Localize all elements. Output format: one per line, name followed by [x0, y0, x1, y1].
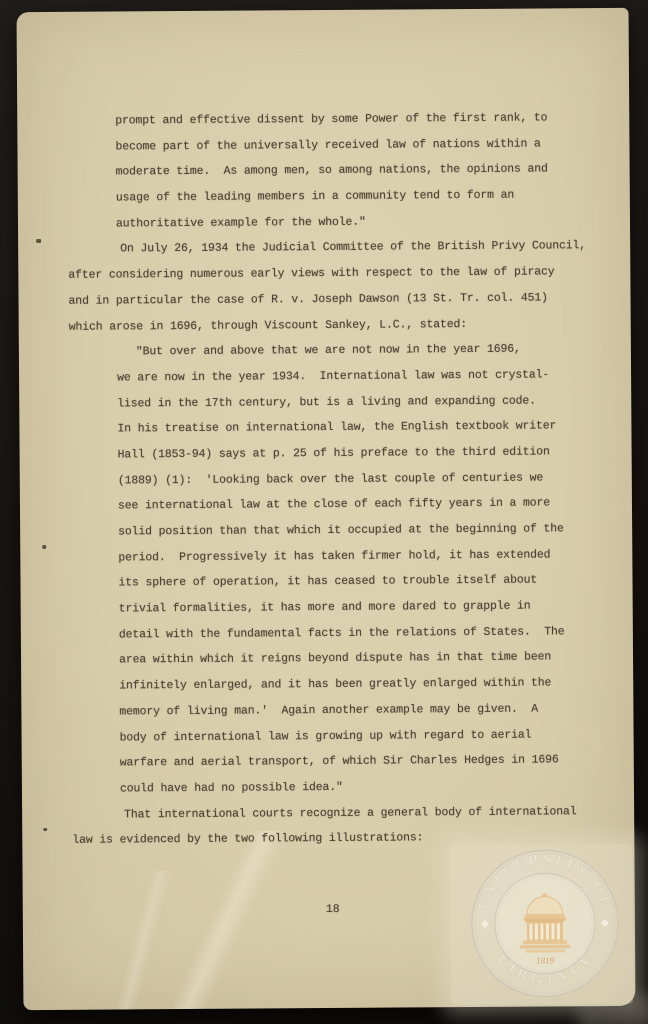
- text-line: law is evidenced by the two following il…: [22, 824, 634, 854]
- text-line: That international courts recognize a ge…: [22, 798, 634, 828]
- text-line: solid position than that which it occupi…: [20, 516, 632, 546]
- paper-crease: [63, 871, 224, 1010]
- text-line: after considering numerous early views w…: [18, 259, 630, 289]
- text-line: warfare and aerial transport, of which S…: [22, 747, 634, 777]
- text-line: infinitely enlarged, and it has been gre…: [21, 670, 633, 700]
- photo-background: UNIVERSITY OF VIRGINIA: [0, 0, 648, 1024]
- text-line: Hall (1853-94) says at p. 25 of his pref…: [20, 439, 632, 469]
- text-block-container: prompt and effective dissent by some Pow…: [17, 105, 634, 854]
- uva-seal-watermark: UNIVERSITY OF VIRGINIA: [469, 848, 620, 999]
- text-line: and in particular the case of R. v. Jose…: [18, 285, 630, 315]
- page-number: 18: [326, 903, 340, 916]
- seal-year: 1819: [536, 955, 555, 965]
- text-line: prompt and effective dissent by some Pow…: [17, 105, 629, 135]
- text-line: we are now in the year 1934. Internation…: [19, 362, 631, 392]
- paper-crease: [132, 830, 333, 1009]
- text-line: period. Progressively it has taken firme…: [20, 542, 632, 572]
- text-line: moderate time. As among men, so among na…: [18, 156, 630, 186]
- document-page: UNIVERSITY OF VIRGINIA: [17, 8, 636, 1010]
